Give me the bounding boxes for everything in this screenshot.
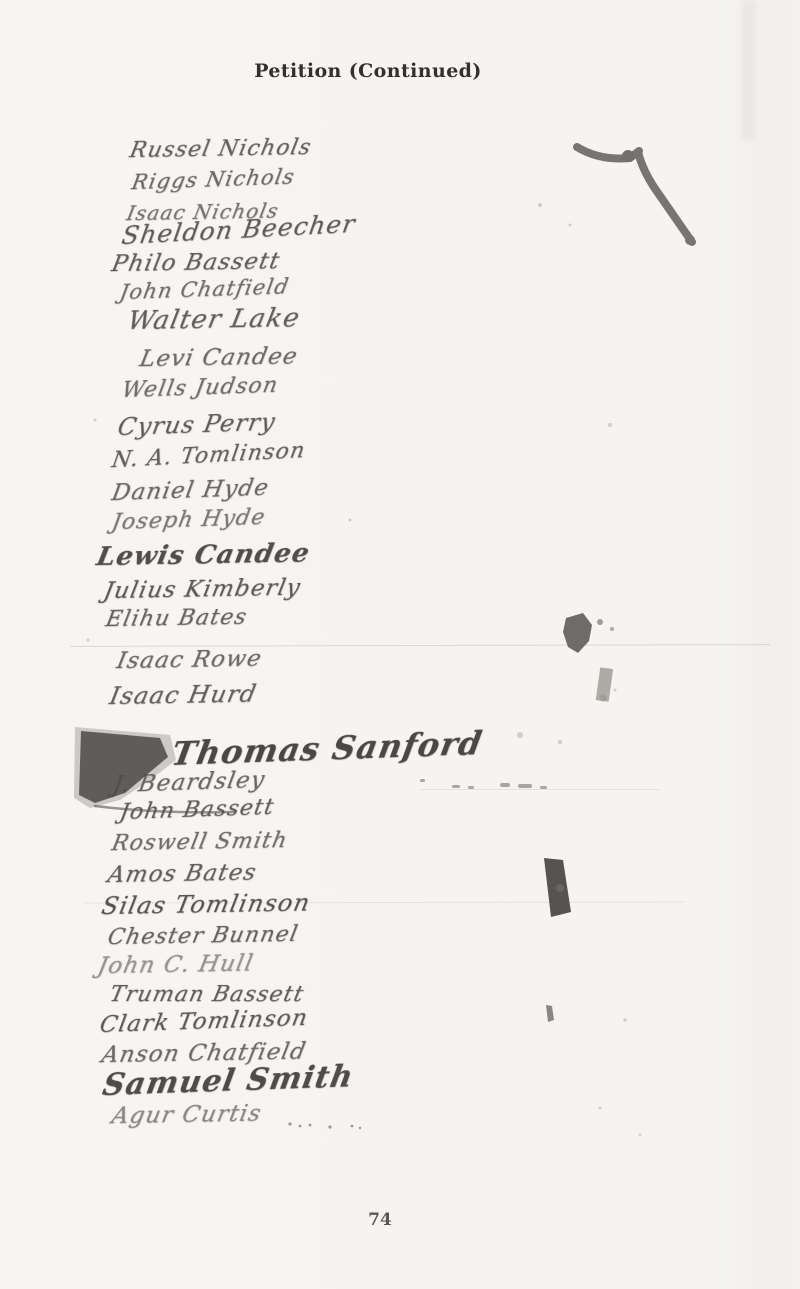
signature: Daniel Hyde	[110, 474, 272, 506]
signature: Walter Lake	[125, 303, 303, 336]
signature: Agur Curtis	[109, 1100, 264, 1129]
scanned-petition-page: Petition (Continued) Russel NicholsRiggs…	[0, 0, 800, 1289]
signature: Joseph Hyde	[110, 505, 268, 536]
signature: Wells Judson	[120, 372, 281, 403]
signature: Riggs Nichols	[130, 164, 297, 194]
page-edge-shadow	[742, 0, 756, 140]
signature: Elihu Bates	[104, 604, 250, 632]
signature: Julius Kimberly	[101, 575, 303, 605]
signature: Silas Tomlinson	[99, 888, 313, 920]
signature: John Chatfield	[118, 274, 291, 304]
signature: Roswell Smith	[110, 828, 290, 856]
signature: N. A. Tomlinson	[110, 438, 307, 473]
signature: J. Beardsley	[111, 767, 268, 798]
signature: Cyrus Perry	[116, 407, 279, 441]
signature: Philo Bassett	[109, 248, 282, 277]
signature: Isaac Hurd	[107, 679, 259, 710]
signature: Amos Bates	[105, 859, 259, 888]
signature: Isaac Rowe	[114, 645, 264, 674]
page-number: 74	[0, 1210, 760, 1230]
signature: Truman Bassett	[107, 982, 306, 1007]
signature: Levi Candee	[137, 343, 300, 372]
signature: Samuel Smith	[100, 1059, 357, 1103]
signature: John Bassett	[118, 795, 277, 826]
signature: Russel Nichols	[128, 135, 314, 163]
signature: Chester Bunnel	[106, 922, 301, 950]
signature: Clark Tomlinson	[98, 1005, 311, 1038]
fold-crease-middle	[420, 789, 660, 790]
signature: Thomas Sanford	[169, 724, 486, 773]
signature: Lewis Candee	[94, 538, 313, 572]
signature: John C. Hull	[95, 950, 255, 979]
